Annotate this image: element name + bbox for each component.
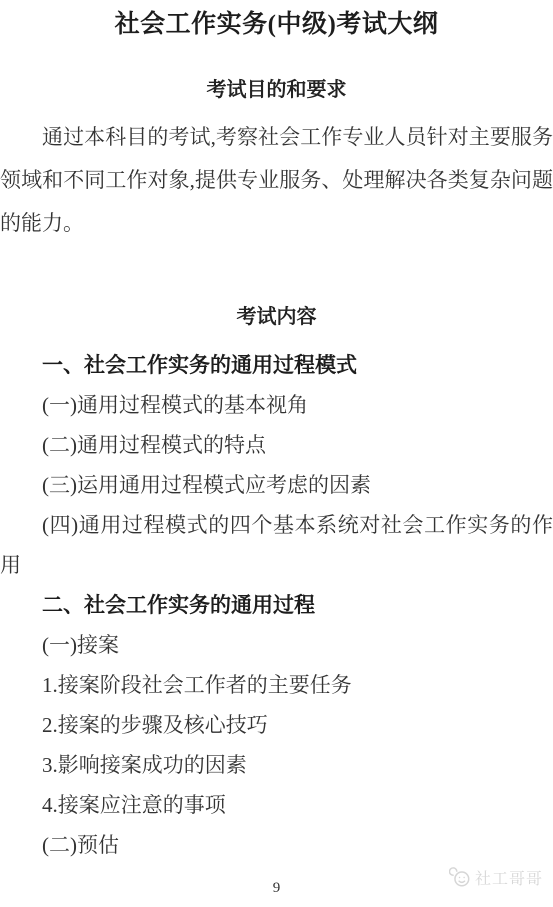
outline-item-2-1-num3: 3.影响接案成功的因素 — [0, 745, 553, 785]
outline-item-2-1-num2: 2.接案的步骤及核心技巧 — [0, 705, 553, 745]
outline-section-2: 二、社会工作实务的通用过程 — [0, 585, 553, 625]
outline-item-2-1-num4: 4.接案应注意的事项 — [0, 785, 553, 825]
outline-item-1-3: (三)运用通用过程模式应考虑的因素 — [0, 465, 553, 505]
outline-item-1-4: (四)通用过程模式的四个基本系统对社会工作实务的作用 — [0, 505, 553, 585]
watermark: 社工哥哥 — [449, 866, 543, 889]
exam-purpose-heading: 考试目的和要求 — [0, 73, 553, 102]
outline-section-1: 一、社会工作实务的通用过程模式 — [0, 345, 553, 385]
exam-content-outline: 一、社会工作实务的通用过程模式 (一)通用过程模式的基本视角 (二)通用过程模式… — [0, 345, 553, 865]
outline-item-2-1: (一)接案 — [0, 625, 553, 665]
document-title: 社会工作实务(中级)考试大纲 — [0, 4, 553, 40]
exam-content-heading: 考试内容 — [0, 300, 553, 329]
watermark-smiley-logo-icon — [449, 867, 471, 889]
outline-item-1-1: (一)通用过程模式的基本视角 — [0, 385, 553, 425]
watermark-text: 社工哥哥 — [475, 866, 543, 889]
document-page: 社会工作实务(中级)考试大纲 考试目的和要求 通过本科目的考试,考察社会工作专业… — [0, 0, 553, 907]
outline-item-2-2: (二)预估 — [0, 825, 553, 865]
outline-item-2-1-num1: 1.接案阶段社会工作者的主要任务 — [0, 665, 553, 705]
exam-purpose-paragraph: 通过本科目的考试,考察社会工作专业人员针对主要服务领域和不同工作对象,提供专业服… — [0, 116, 553, 245]
outline-item-1-2: (二)通用过程模式的特点 — [0, 425, 553, 465]
